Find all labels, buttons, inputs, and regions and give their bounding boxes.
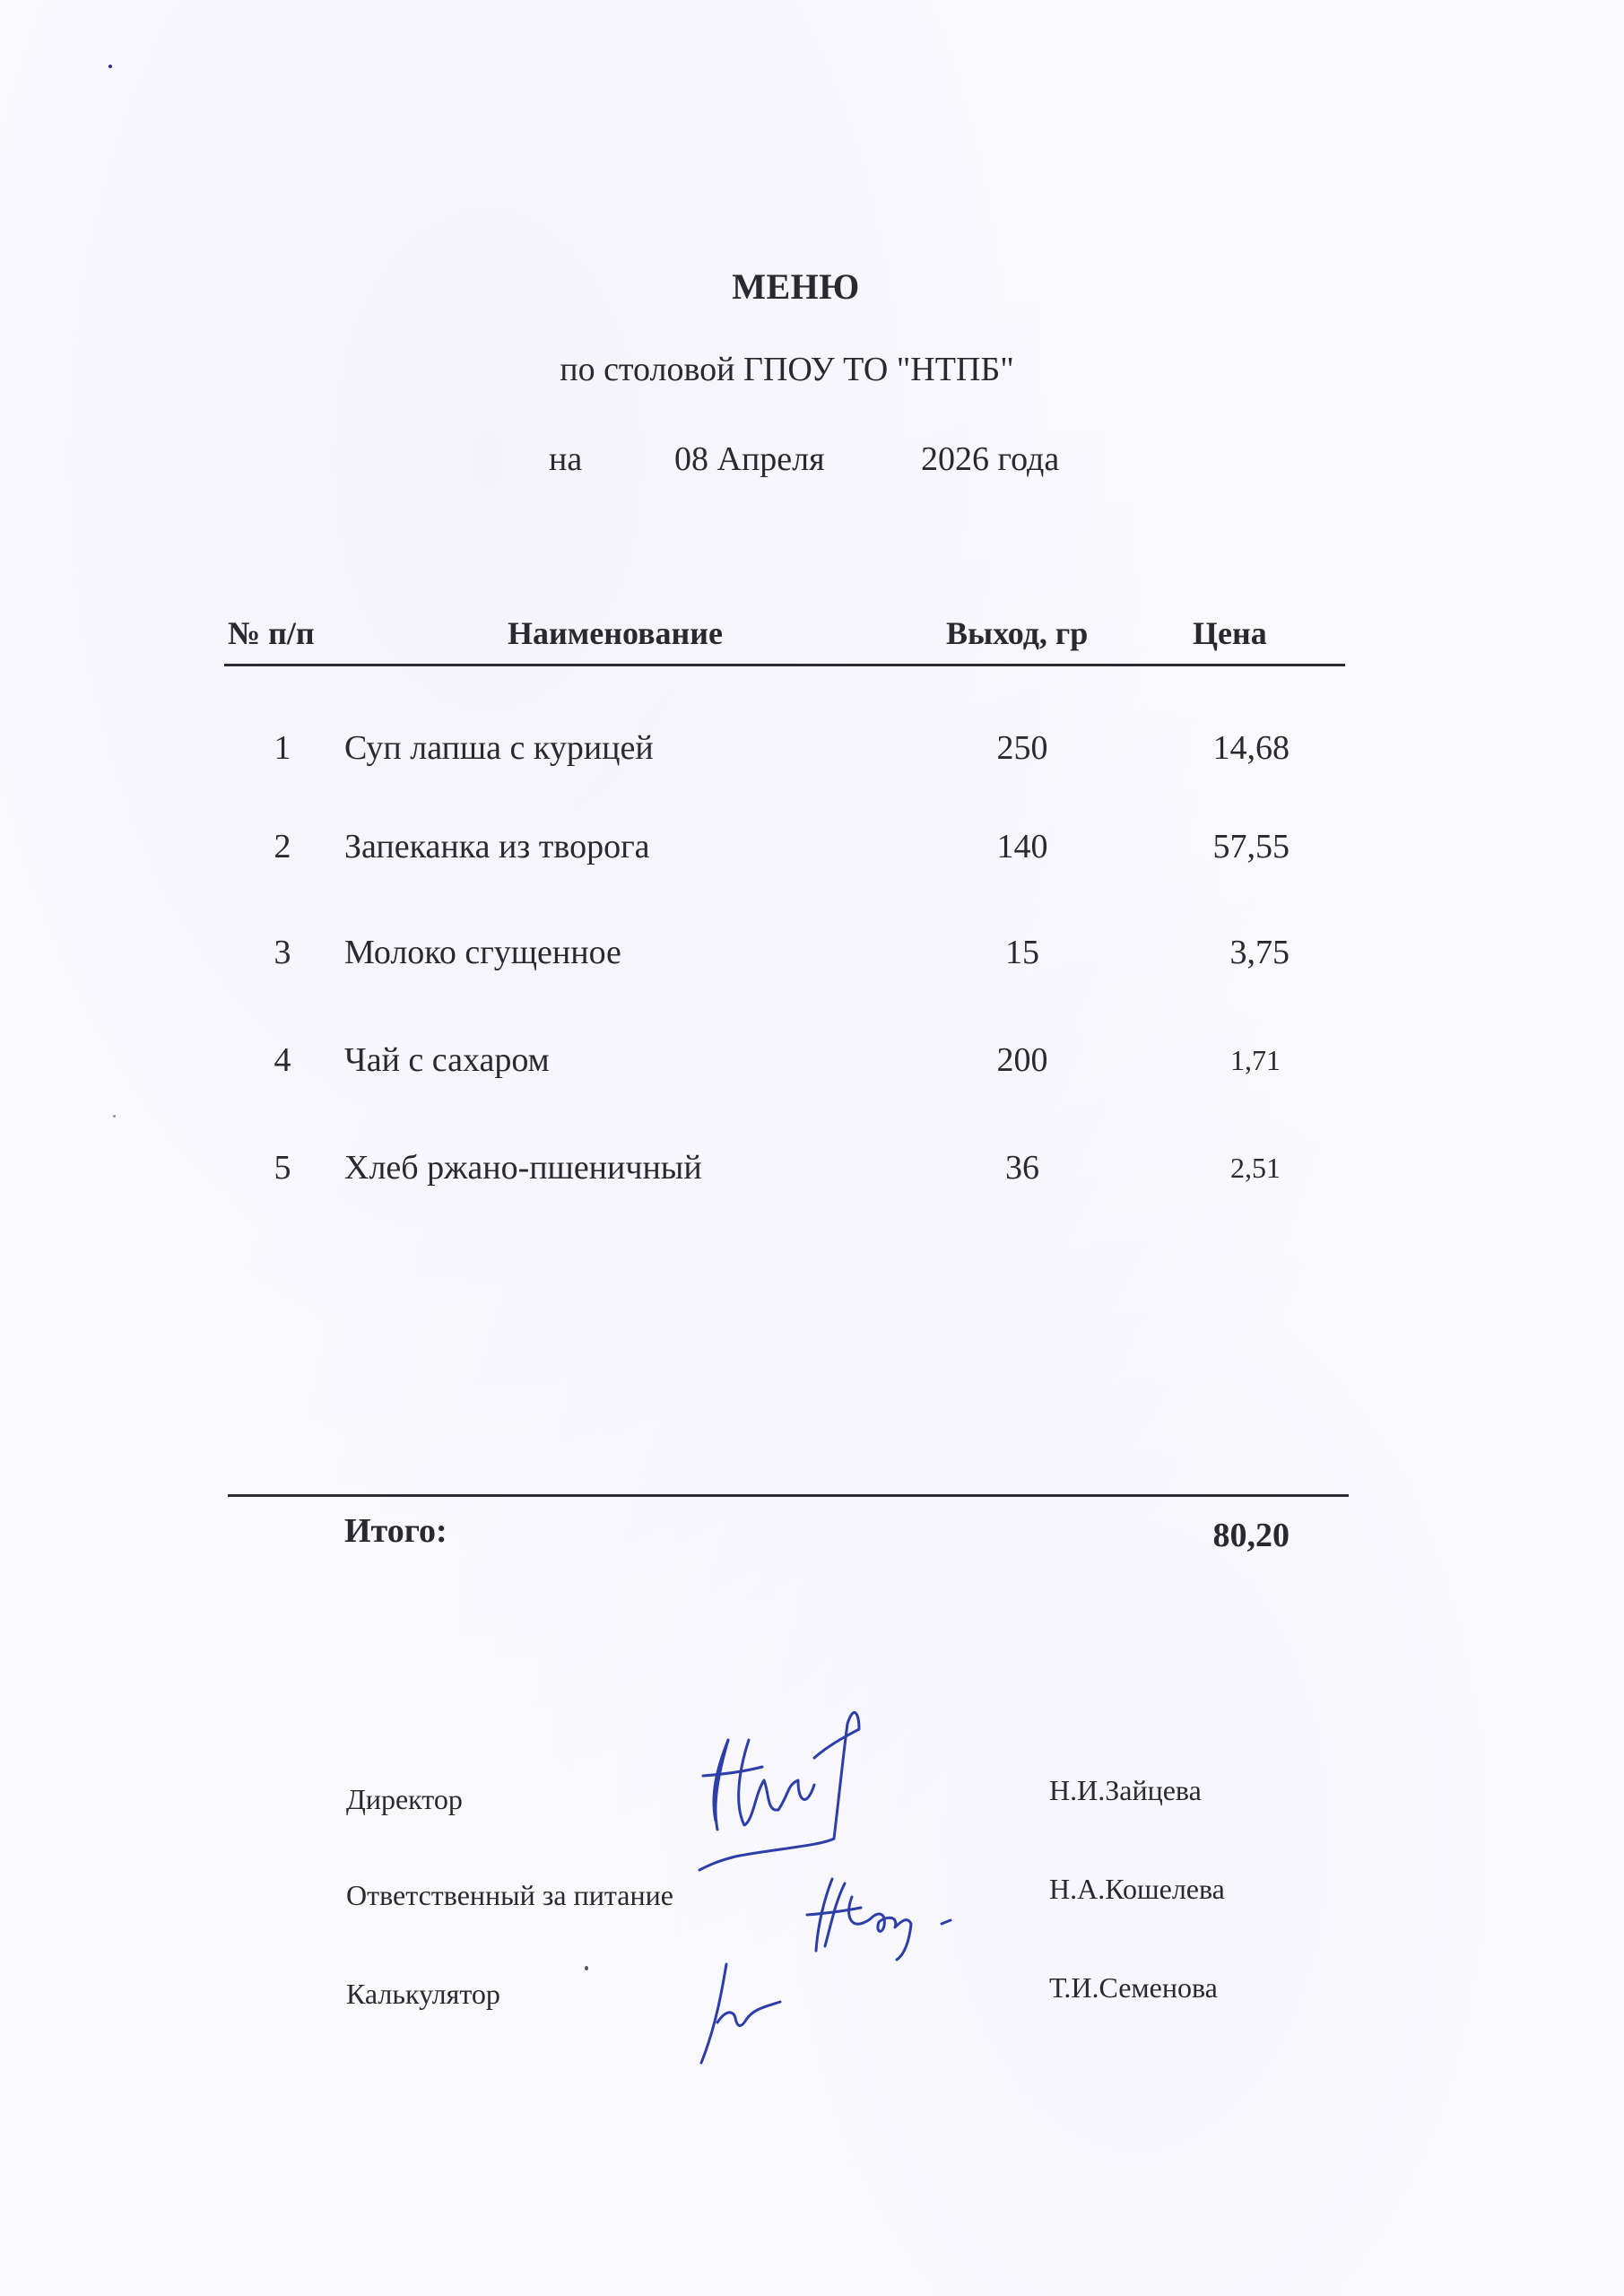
total-rule [228, 1494, 1349, 1497]
row-name: Суп лапша с курицей [344, 728, 654, 768]
row-yield: 140 [968, 827, 1076, 866]
table-row: 3 Молоко сгущенное 15 3,75 [0, 933, 1624, 987]
row-number: 1 [269, 728, 296, 768]
signature-name-director: Н.И.Зайцева [1049, 1774, 1202, 1807]
row-name: Молоко сгущенное [344, 933, 621, 972]
row-yield: 250 [968, 728, 1076, 768]
header-rule [224, 664, 1345, 666]
row-number: 2 [269, 827, 296, 866]
row-price: 1,71 [1182, 1044, 1281, 1077]
row-price: 3,75 [1182, 933, 1290, 972]
row-yield: 200 [968, 1040, 1076, 1080]
total-value: 80,20 [1182, 1516, 1290, 1555]
date-prefix: на [549, 439, 674, 479]
signature-name-calculator: Т.И.Семенова [1049, 1971, 1218, 2005]
scanned-page: МЕНЮ по столовой ГПОУ ТО "НТПБ" на08 Апр… [0, 0, 1624, 2296]
director-signature-icon [664, 1704, 933, 1883]
row-yield: 15 [968, 933, 1076, 972]
calculator-signature-icon [682, 1955, 807, 2072]
document-date: на08 Апреля2026 года [549, 439, 1059, 479]
date-year: 2026 года [921, 439, 1059, 479]
row-price: 2,51 [1182, 1152, 1281, 1185]
scan-speck [113, 1115, 116, 1118]
row-name: Хлеб ржано-пшеничный [344, 1148, 702, 1187]
table-row: 2 Запеканка из творога 140 57,55 [0, 827, 1624, 881]
row-name: Запеканка из творога [344, 827, 650, 866]
signature-role-nutrition: Ответственный за питание [346, 1879, 673, 1912]
row-price: 57,55 [1182, 827, 1290, 866]
row-yield: 36 [968, 1148, 1076, 1187]
total-label: Итого: [344, 1511, 447, 1551]
row-price: 14,68 [1182, 728, 1290, 768]
row-number: 3 [269, 933, 296, 972]
row-number: 4 [269, 1040, 296, 1080]
signature-role-calculator: Калькулятор [346, 1978, 500, 2011]
date-day-month: 08 Апреля [674, 439, 876, 479]
row-name: Чай с сахаром [344, 1040, 550, 1080]
table-row: 1 Суп лапша с курицей 250 14,68 [0, 728, 1624, 782]
scan-speck [109, 65, 112, 68]
header-price: Цена [1193, 614, 1267, 652]
header-number: № п/п [228, 614, 315, 652]
signature-role-director: Директор [346, 1783, 463, 1816]
table-row: 4 Чай с сахаром 200 1,71 [0, 1040, 1624, 1094]
document-title: МЕНЮ [0, 265, 1608, 308]
row-number: 5 [269, 1148, 296, 1187]
nutrition-signature-icon [789, 1870, 1004, 1969]
table-row: 5 Хлеб ржано-пшеничный 36 2,51 [0, 1148, 1624, 1202]
scan-speck [585, 1966, 588, 1970]
document-subtitle: по столовой ГПОУ ТО "НТПБ" [0, 350, 1599, 389]
header-name: Наименование [508, 614, 723, 652]
signature-name-nutrition: Н.А.Кошелева [1049, 1873, 1225, 1906]
header-yield: Выход, гр [946, 614, 1088, 652]
